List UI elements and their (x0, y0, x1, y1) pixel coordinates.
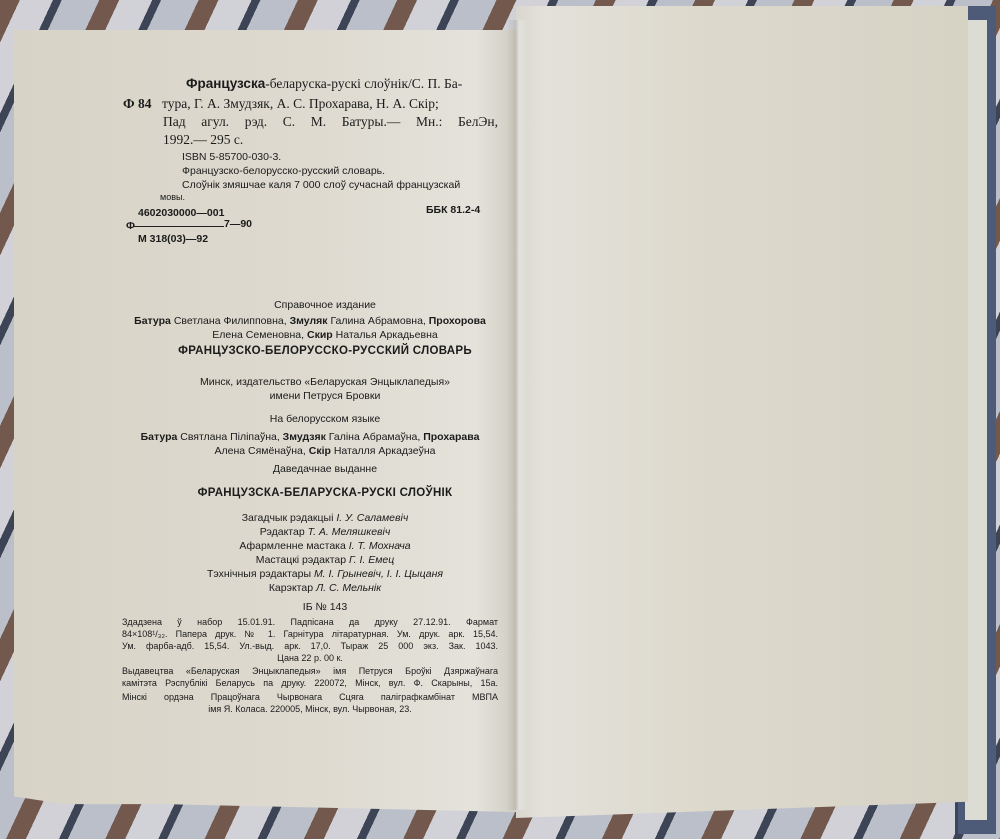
author-name: Алена Сямёнаўна, (215, 445, 306, 457)
annotation-line-2: мовы. (160, 193, 185, 202)
authors-ru-line1: Батура Светлана Филипповна, Змуляк Галин… (100, 316, 520, 327)
credit-name: І. Т. Мохнача (349, 540, 411, 552)
credit-row: Рэдактар Т. А. Меляшкевіч (140, 527, 510, 538)
credit-name: Т. А. Меляшкевіч (308, 526, 391, 538)
publisher-info-line-2: камітэта Рэспублікі Беларусь па друку. 2… (122, 679, 498, 688)
right-page-blank (516, 6, 968, 818)
credit-role: Мастацкі рэдактар (256, 554, 349, 566)
isbn: ISBN 5-85700-030-3. (182, 152, 281, 163)
credit-row: Загадчык рэдакцыі І. У. Саламевіч (140, 513, 510, 524)
catalog-title-line: Французска-беларуска-рускі слоўнік/С. П.… (186, 77, 462, 91)
author-name: Галiна Абрамаўна, (329, 431, 421, 443)
credit-name: І. У. Саламевіч (336, 512, 408, 524)
catalog-line-3: Пад агул. рэд. С. М. Батуры.— Мн.: БелЭн… (163, 115, 498, 129)
credit-role: Афармленне мастака (239, 540, 348, 552)
fraction-rule (134, 226, 224, 227)
credit-role: Тэхнічныя рэдактары (207, 568, 314, 580)
author-surname: Прохарава (423, 431, 479, 443)
edition-type-by: Даведачнае выданне (140, 464, 510, 475)
catalog-title-rest: -беларуска-рускі слоўнік/С. П. Ба- (265, 76, 462, 91)
author-surname: Прохорова (429, 315, 486, 327)
credit-role: Карэктар (269, 582, 316, 594)
title-by: ФРАНЦУЗСКА-БЕЛАРУСКА-РУСКI СЛОЎНIК (140, 488, 510, 500)
author-surname: Скiр (309, 445, 331, 457)
author-name: Святлана Пiлiпаўна, (180, 431, 280, 443)
credit-name: Л. С. Мельнік (316, 582, 381, 594)
publisher-info-line-3: Мінскі ордэна Працоўнага Чырвонага Сцяга… (122, 693, 498, 702)
edition-type-ru: Справочное издание (140, 300, 510, 311)
credit-role: Загадчык рэдакцыі (242, 512, 337, 524)
credit-row: Тэхнічныя рэдактары М. І. Грыневіч, І. І… (140, 569, 510, 580)
parallel-title: Французско-белорусско-русский словарь. (182, 166, 385, 177)
catalog-line-2: тура, Г. А. Змудзяк, А. С. Прохарава, Н.… (162, 97, 439, 111)
title-ru: ФРАНЦУЗСКО-БЕЛОРУССКО-РУССКИЙ СЛОВАРЬ (140, 346, 510, 358)
imprint-line-2: 84×108¹/₃₂. Папера друк. № 1. Гарнітура … (122, 630, 498, 639)
authors-ru-line2: Елена Семеновна, Скир Наталья Аркадьевна (140, 330, 510, 341)
author-surname: Батура (134, 315, 171, 327)
credit-row: Мастацкі рэдактар Г. І. Емец (140, 555, 510, 566)
code-top: 4602030000—001 (138, 208, 224, 219)
page-block-edge (965, 20, 987, 820)
author-surname: Батура (141, 431, 178, 443)
imprint-line-3: Ум. фарба-адб. 15,54. Ул.-выд. арк. 17,0… (122, 642, 498, 651)
code-bottom: М 318(03)—92 (138, 234, 208, 245)
author-name: Наталля Аркадзеўна (334, 445, 436, 457)
catalog-index: Ф 84 (123, 97, 151, 111)
code-right: 7—90 (224, 219, 252, 230)
author-surname: Змуляк (290, 315, 328, 327)
annotation-line-1: Слоўнік змяшчае каля 7 000 слоў сучаснай… (182, 180, 460, 191)
credit-row: Карэктар Л. С. Мельнік (140, 583, 510, 594)
ib-number: ІБ № 143 (140, 602, 510, 613)
catalog-line-4: 1992.— 295 с. (163, 133, 243, 147)
publisher-info-line-1: Выдавецтва «Беларуская Энцыклапедыя» імя… (122, 667, 498, 676)
imprint-line-1: Здадзена ў набор 15.01.91. Падпісана да … (122, 618, 498, 627)
credit-name: Г. І. Емец (349, 554, 394, 566)
author-name: Светлана Филипповна, (174, 315, 287, 327)
publisher-ru-line1: Минск, издательство «Беларуская Энцыклап… (140, 377, 510, 388)
author-name: Наталья Аркадьевна (336, 329, 438, 341)
bbk-code: ББК 81.2-4 (426, 205, 480, 216)
author-name: Галина Абрамовна, (330, 315, 425, 327)
imprint-line-4: Цана 22 р. 00 к. (122, 654, 498, 663)
author-surname: Змудзяк (283, 431, 326, 443)
authors-by-line2: Алена Сямёнаўна, Скiр Наталля Аркадзеўна (140, 446, 510, 457)
credit-row: Афармленне мастака І. Т. Мохнача (140, 541, 510, 552)
author-name: Елена Семеновна, (212, 329, 304, 341)
publisher-info-line-4: імя Я. Коласа. 220005, Мінск, вул. Чырво… (122, 705, 498, 714)
catalog-title-bold: Французска (186, 76, 265, 91)
credit-name: М. І. Грыневіч, І. І. Цыцаня (314, 568, 443, 580)
publisher-ru-line2: имени Петруся Бровки (140, 391, 510, 402)
author-surname: Скир (307, 329, 333, 341)
authors-by-line1: Батура Святлана Пiлiпаўна, Змудзяк Галiн… (100, 432, 520, 443)
credit-role: Рэдактар (260, 526, 308, 538)
language-note: На белорусском языке (140, 414, 510, 425)
